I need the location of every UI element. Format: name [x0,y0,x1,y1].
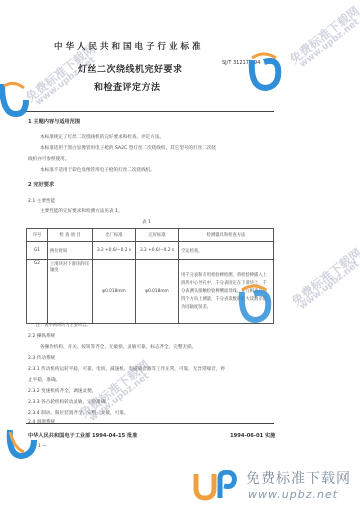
cell-item: 上滑块对下滑块的同轴度 [48,260,93,324]
section-1-paragraph: 本标准规定了灯丝二次绕线机的完好要求和检查、评定方法。 [40,134,164,140]
watermark-text: 免费标准下载网 [288,244,360,309]
brand-name: 免费标准下载网 [246,468,351,488]
section-2-1-heading: 2.1 主要性能 [28,198,55,204]
footer-divider [26,423,274,424]
up-logo-icon [192,470,238,502]
section-2-3-heading: 2.3 传动系统 [28,355,55,361]
table-note: 注：表中两项均为主要项目。 [36,322,90,328]
effective-date: 1994-06-01 实施 [230,432,275,439]
column-header: 出厂标准 [93,229,136,242]
brand-url: www.upbz.net [248,488,338,501]
header-divider [26,111,274,112]
up-logo-icon [6,424,40,460]
column-header: 检测器具和检查方法 [179,229,274,242]
column-header: 完好标准 [136,229,179,242]
table-header-row: 序号 检 查 项 目 出厂标准 完好标准 检测器具和检查方法 [27,229,274,242]
section-1-paragraph: 本标准适用于黑白显像管用电子枪的 SA2C 型灯丝二次绕线机，其它型号的灯丝二次… [40,145,216,151]
approval-statement: 中华人民共和国电子工业部 1994-04-15 批准 [28,432,137,439]
section-2-2-heading: 2.2 操纵系统 [28,333,55,339]
cell-no: G2 [27,260,48,324]
cell-no: G1 [27,242,48,260]
section-1-paragraph: 本标准不适用于彩色显像管用电子枪的灯丝二次绕线机。 [40,167,155,173]
cell-factory-standard: 3.2 +0.6/−0.2 s [93,242,136,260]
section-1-paragraph: 线机亦可参照使用。 [28,156,69,162]
document-title-line2: 和检查评定方法 [94,80,161,93]
up-logo-icon [236,282,276,326]
cell-factory-standard: φ0.018mm [93,260,136,324]
cell-item: 换位时间 [48,242,93,260]
up-logo-icon [246,50,286,94]
section-1-heading: 1 主题内容与适用范围 [28,118,80,125]
table-caption: 表 1 [142,219,151,225]
document-page: 中华人民共和国电子行业标准 SJ/T 31217—94 灯丝二次绕线机完好要求 … [0,0,360,510]
section-2-3-2: 2.3.2 变速机构齐全，调速灵便。 [28,388,96,394]
column-header: 检 查 项 目 [48,229,93,242]
table-row: G1 换位时间 3.2 +0.6/−0.2 s 3.2 +0.6/−0.2 s … [27,242,274,260]
section-2-heading: 2 完好要求 [28,181,54,188]
cell-good-standard: 3.2 +0.6/−0.2 s [136,242,179,260]
section-2-3-1-cont: 止平稳，准确。 [28,377,60,383]
cell-method: 空运检查。 [179,242,274,260]
column-header: 序号 [27,229,48,242]
cell-good-standard: φ0.018mm [136,260,179,324]
up-logo-icon [0,80,30,120]
section-2-1-paragraph: 主要性能的完好要求和检测方法见表 1。 [40,208,122,214]
section-2-2-paragraph: 各操作机构、开关、按钮等齐全、无破损，灵敏可靠，标志齐全、完整无损。 [40,344,196,350]
